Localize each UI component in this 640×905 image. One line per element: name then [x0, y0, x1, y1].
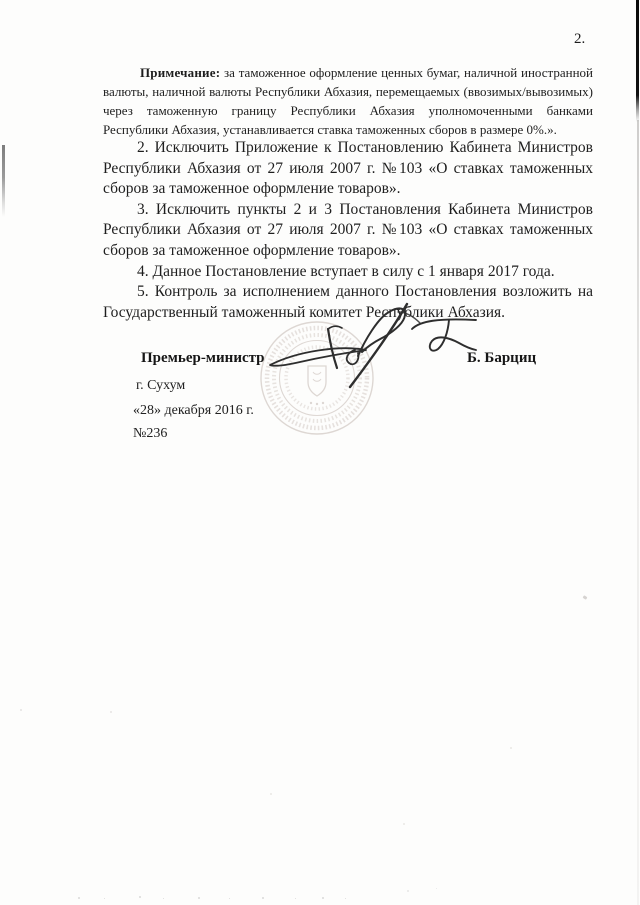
signature-place: г. Сухум: [136, 378, 185, 394]
page-number: 2.: [574, 31, 585, 48]
paragraph-item-4: 4. Данное Постановление вступает в силу …: [103, 262, 593, 283]
signature-title: Премьер-министр: [141, 350, 265, 367]
note-label: Примечание:: [140, 65, 220, 80]
note-paragraph: Примечание: за таможенное оформление цен…: [103, 63, 593, 139]
scanned-document-page: 2. Примечание: за таможенное оформление …: [0, 0, 640, 905]
signatory-name: Б. Барциц: [467, 350, 536, 367]
paragraph-item-2: 2. Исключить Приложение к Постановлению …: [103, 138, 593, 200]
scan-edge-line-right: [636, 0, 639, 122]
scan-edge-line-left: [2, 145, 5, 217]
scan-edge-line-right-faint: [637, 120, 639, 905]
signature-date: «28» декабря 2016 г.: [133, 403, 254, 419]
document-number: №236: [133, 426, 167, 442]
paragraph-item-3: 3. Исключить пункты 2 и 3 Постановления …: [103, 200, 593, 262]
signature-scribble: [250, 295, 490, 400]
